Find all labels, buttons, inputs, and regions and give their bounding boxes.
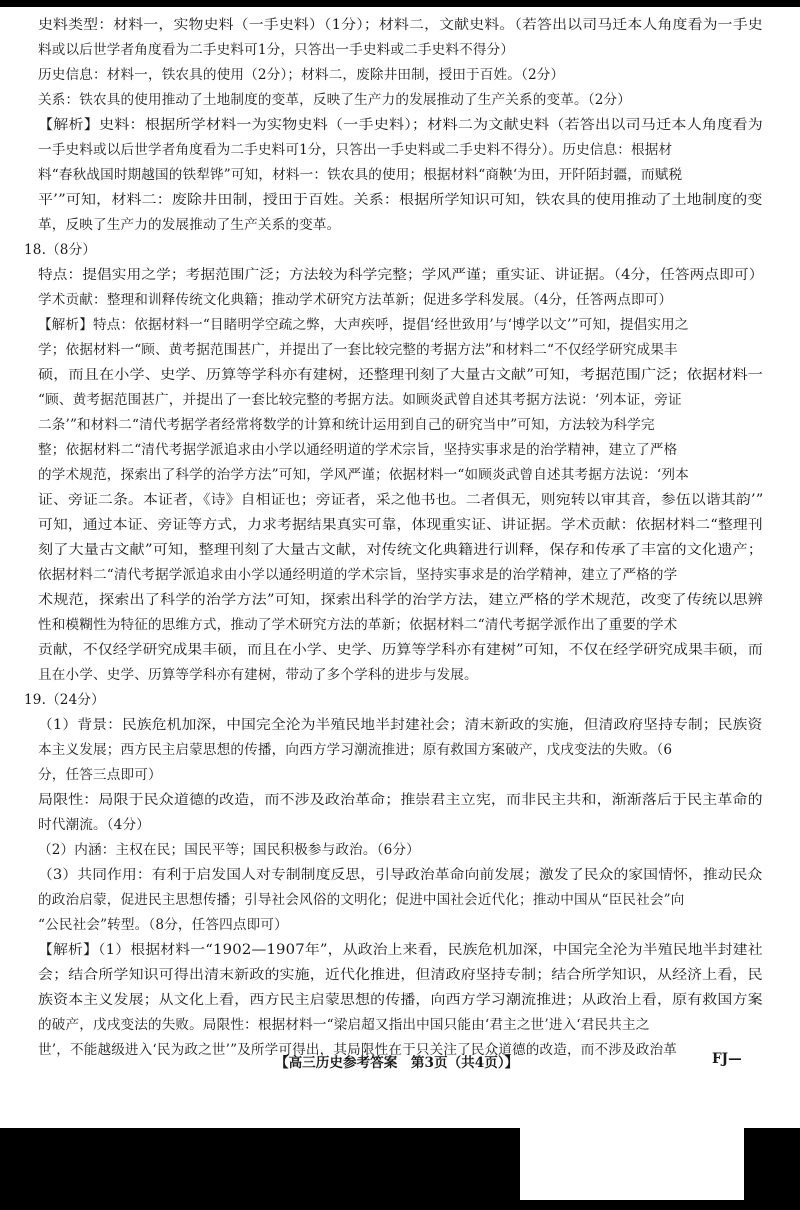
text-line: “顾、黄考据范围甚广，并提出了一套比较完整的考据方法。如顾炎武曾自述其考据方法说… [38,390,682,410]
text-line: 二条’”和材料二“清代考据学者经常将数学的计算和统计运用到自己的研究当中”可知，… [38,415,655,435]
footer-page-title: 【高三历史参考答案 第3页（共4页）】 [275,1051,518,1071]
text-line: 可知，通过本证、旁证等方式，力求考据结果真实可靠，体现重实证、讲证据。学术贡献：… [38,515,763,535]
text-line: 刻了大量古文献”可知，整理刊刻了大量古文献，对传统文化典籍进行训释，保存和传承了… [38,540,763,560]
text-line: 【解析】史料：根据所学材料一为实物史料（一手史料）；材料二为文献史料（若答出以司… [38,115,763,135]
text-line: 的学术规范，探索出了科学的治学方法”可知，学风严谨；依据材料一“如顾炎武曾自述其… [38,465,689,485]
text-line: 且在小学、史学、历算等学科亦有建树，带动了多个学科的进步与发展。 [38,665,478,685]
question-heading: 18.（8分） [24,240,96,260]
text-line: 的政治启蒙，促进民主思想传播；引导社会风俗的文明化；促进中国社会近代化；推动中国… [38,890,684,910]
footer-code: FJ— [712,1051,742,1067]
text-line: 的破产，戊戌变法的失败。局限性：根据材料一“梁启超又指出中国只能由‘君主之世’进… [38,1015,650,1035]
text-line: 性和模糊性为特征的思维方式，推动了学术研究方法的革新；依据材料二“清代考据学派作… [38,615,677,635]
text-line: 革，反映了生产力的发展推动了生产关系的变革。 [38,215,340,235]
text-line: 学；依据材料一“顾、黄考据范围甚广，并提出了一套比较完整的考据方法”和材料二“不… [38,340,678,360]
text-line: 硕，而且在小学、史学、历算等学科亦有建树，还整理刊刻了大量古文献”可知，考据范围… [38,365,763,385]
text-line: 料或以后世学者角度看为二手史料可1分，只答出一手史料或二手史料不得分） [38,40,514,60]
text-line: （3）共同作用：有利于启发国人对专制制度反思，引导政治革命向前发展；激发了民众的… [38,865,762,885]
text-line: 特点：提倡实用之学；考据范围广泛；方法较为科学完整；学风严谨；重实证、讲证据。（… [38,265,763,285]
text-line: 依据材料二“清代考据学派追求由小学以通经明道的学术宗旨，坚持实事求是的治学精神，… [38,565,677,585]
text-line: 【解析】特点：依据材料一“目睹明学空疏之弊，大声疾呼，提倡‘经世致用’与‘博学以… [38,315,689,335]
text-line: 分，任答三点即可） [38,765,162,785]
text-line: 【解析】（1）根据材料一“1902—1907年”，从政治上来看，民族危机加深，中… [38,940,763,960]
text-line: 证、旁证二条。本证者，《诗》自相证也；旁证者，采之他书也。二者俱无，则宛转以审其… [38,490,764,510]
text-line: “公民社会”转型。（8分，任答四点即可） [38,915,288,935]
text-line: 会；结合所学知识可得出清末新政的实施，近代化推进，但清政府坚持专制；结合所学知识… [38,965,763,985]
blank-white-box [520,1128,744,1200]
text-line: 整；依据材料二“清代考据学派追求由小学以通经明道的学术宗旨，坚持实事求是的治学精… [38,440,677,460]
text-line: 本主义发展；西方民主启蒙思想的传播，向西方学习潮流推进；原有救国方案破产，戊戌变… [38,740,672,760]
text-line: （1）背景：民族危机加深，中国完全沦为半殖民地半封建社会；清末新政的实施，但清政… [38,715,762,735]
text-line: 历史信息：材料一，铁农具的使用（2分）；材料二，废除井田制，授田于百姓。（2分） [38,65,564,85]
text-line: 关系：铁农具的使用推动了土地制度的变革，反映了生产力的发展推动了生产关系的变革。… [38,90,631,110]
text-line: 料“春秋战国时期越国的铁犁铧”可知，材料一：铁农具的使用；根据材料“商鞅‘为田，… [38,165,682,185]
top-black-bar [0,0,800,7]
text-line: 族资本主义发展；从文化上看，西方民主启蒙思想的传播，向西方学习潮流推进；从政治上… [38,990,763,1010]
question-heading: 19.（24分） [24,690,105,710]
text-line: 局限性：局限于民众道德的改造，而不涉及政治革命；推崇君主立宪，而非民主共和，渐渐… [38,790,763,810]
text-line: 一手史料或以后世学者角度看为二手史料可1分，只答出一手史料或二手史料不得分）。历… [38,140,672,160]
text-line: （2）内涵：主权在民；国民平等；国民积极参与政治。（6分） [38,840,420,860]
text-line: 时代潮流。（4分） [38,815,150,835]
text-line: 贡献，不仅经学研究成果丰硕，而且在小学、史学、历算等学科亦有建树”可知，不仅在经… [38,640,763,660]
text-line: 学术贡献：整理和训释传统文化典籍；推动学术研究方法革新；促进多学科发展。（4分，… [38,290,672,310]
text-line: 术规范，探索出了科学的治学方法”可知，探索出科学的治学方法，建立严格的学术规范，… [38,590,763,610]
text-line: 平’”可知，材料二：废除井田制，授田于百姓。关系：根据所学知识可知，铁农具的使用… [38,190,762,210]
text-line: 史料类型：材料一，实物史料（一手史料）（1分）；材料二，文献史料。（若答出以司马… [38,15,763,35]
